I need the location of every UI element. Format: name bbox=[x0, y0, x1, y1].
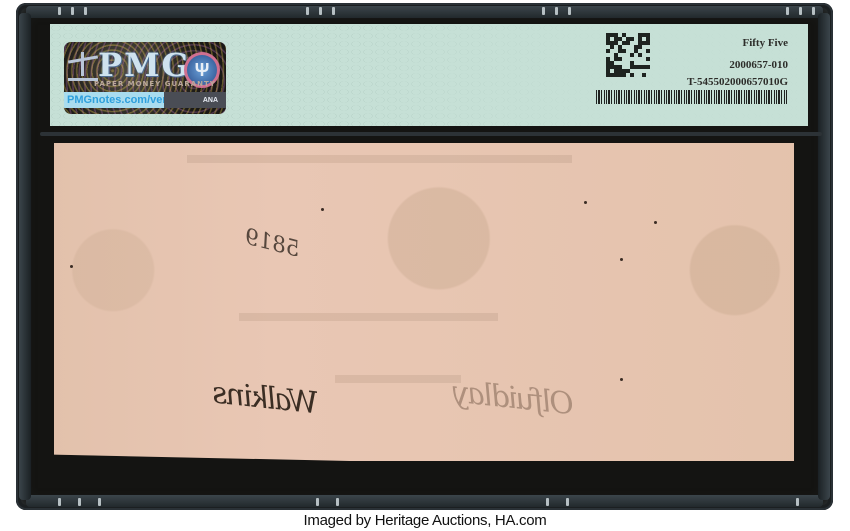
catalog-id: T-5455020006570​10G bbox=[687, 76, 788, 88]
paper-spot bbox=[254, 393, 257, 396]
holder-divider bbox=[40, 132, 822, 136]
holder-notch bbox=[58, 7, 61, 15]
holder-notch bbox=[555, 7, 558, 15]
holder-notch bbox=[316, 498, 319, 506]
holder-notch bbox=[799, 7, 802, 15]
holder-notch bbox=[546, 498, 549, 506]
paper-spot bbox=[321, 208, 324, 211]
paper-spot bbox=[620, 258, 623, 261]
ana-mark: ANA bbox=[164, 92, 226, 108]
holder-notch bbox=[542, 7, 545, 15]
signature-register: Olfuidlay bbox=[452, 375, 575, 422]
holder-notch bbox=[332, 7, 335, 15]
image-credit: Imaged by Heritage Auctions, HA.com bbox=[0, 512, 850, 529]
holder-notch bbox=[568, 7, 571, 15]
handwritten-serial: 5819 bbox=[242, 225, 302, 263]
holder-notch bbox=[786, 7, 789, 15]
holder-notch bbox=[319, 7, 322, 15]
grade-text: Fifty Five bbox=[742, 37, 788, 49]
holder-notch bbox=[812, 7, 815, 15]
holder-notch bbox=[78, 498, 81, 506]
pmg-tagline: PAPER MONEY GUARANTY bbox=[94, 80, 216, 88]
bleed-through-text bbox=[335, 375, 461, 383]
holder-notch bbox=[566, 498, 569, 506]
pmg-hologram: PMG Ψ PAPER MONEY GUARANTY PMGnotes.com/… bbox=[64, 42, 226, 114]
grading-label: PMG Ψ PAPER MONEY GUARANTY PMGnotes.com/… bbox=[50, 24, 808, 126]
holder-notch bbox=[98, 498, 101, 506]
holder-notch bbox=[84, 7, 87, 15]
holder-left-rail bbox=[19, 13, 31, 500]
paper-spot bbox=[584, 201, 587, 204]
holder-notch bbox=[796, 498, 799, 506]
pmg-logo: PMG bbox=[98, 46, 191, 84]
holder-notch bbox=[306, 7, 309, 15]
cert-number: 2000657-010 bbox=[729, 59, 788, 71]
paper-spot bbox=[70, 265, 73, 268]
holder-right-rail bbox=[818, 13, 830, 500]
holder-notch bbox=[71, 7, 74, 15]
verify-link[interactable]: PMGnotes.com/verify bbox=[64, 92, 167, 108]
holder-bottom-rail bbox=[26, 495, 823, 507]
scales-icon bbox=[68, 52, 98, 81]
holder-notch bbox=[336, 498, 339, 506]
bleed-through-text bbox=[187, 155, 572, 163]
barcode-icon bbox=[596, 90, 788, 104]
holder-top-rail bbox=[26, 6, 823, 18]
banknote-reverse: 5819 Walkins Olfuidlay bbox=[54, 143, 794, 461]
paper-spot bbox=[620, 378, 623, 381]
holder-notch bbox=[58, 498, 61, 506]
signature-treasurer: Walkins bbox=[212, 376, 319, 422]
qr-code-icon bbox=[606, 33, 650, 77]
bleed-through-text bbox=[239, 313, 498, 321]
paper-spot bbox=[654, 221, 657, 224]
